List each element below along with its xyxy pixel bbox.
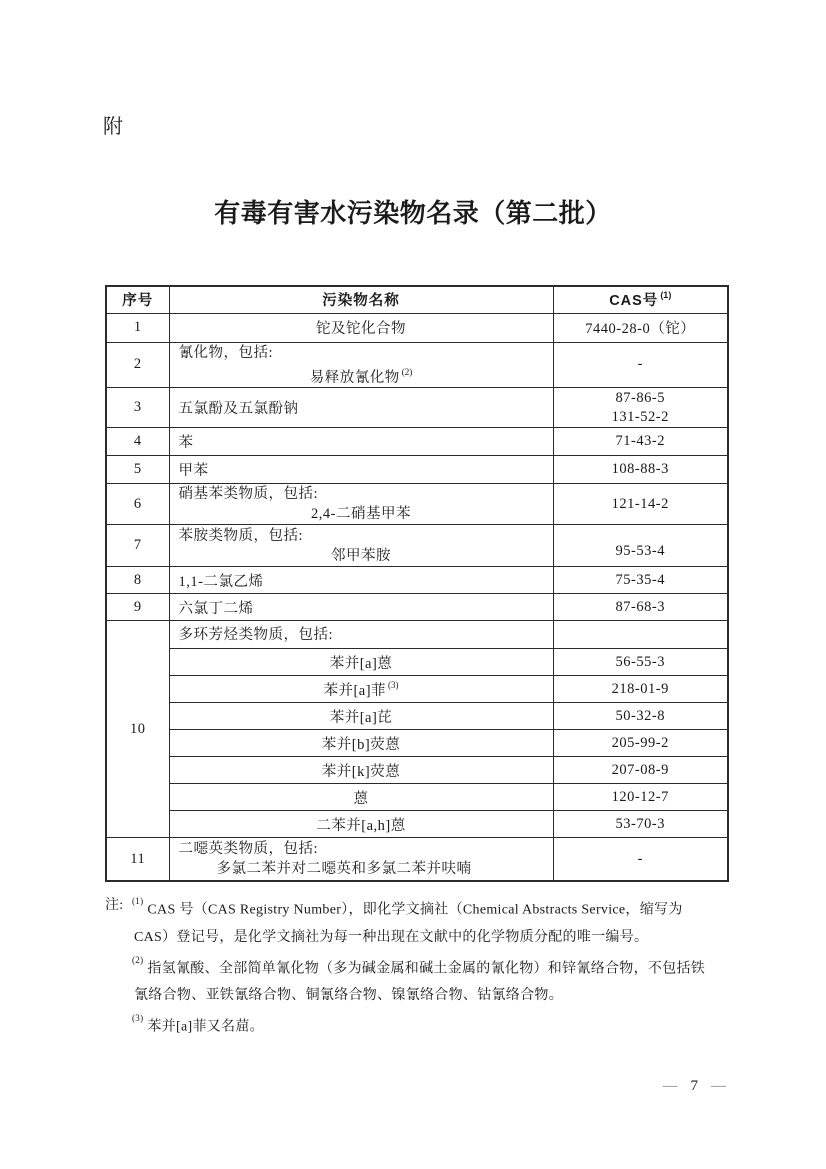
name-line-sub: 多氯二苯并对二噁英和多氯二苯并呋喃 <box>170 859 553 879</box>
cell-pollutant-name: 苯并[b]荧蒽 <box>169 730 553 757</box>
table-row: 5 甲苯 108-88-3 <box>106 456 728 484</box>
page-number-dash: — <box>711 1078 726 1094</box>
header-cell-no: 序号 <box>106 286 169 313</box>
cell-cas: 56-55-3 <box>553 649 728 676</box>
cell-cas: 205-99-2 <box>553 730 728 757</box>
table-subrow: 苯并[k]荧蒽 207-08-9 <box>106 757 728 784</box>
footnote-marker: (2) <box>132 955 143 965</box>
table-subrow: 苯并[a]蒽 56-55-3 <box>106 649 728 676</box>
cell-no: 7 <box>106 525 169 567</box>
cell-pollutant-name: 二苯并[a,h]蒽 <box>169 811 553 838</box>
cell-cas: 120-12-7 <box>553 784 728 811</box>
cell-pollutant-name: 五氯酚及五氯酚钠 <box>169 388 553 428</box>
name-sub-text: 易释放氰化物 <box>310 369 400 385</box>
cell-cas-empty <box>553 621 728 649</box>
name-line-sub: 2,4-二硝基甲苯 <box>170 504 553 524</box>
page-number: —7— <box>663 1078 727 1095</box>
cell-no: 3 <box>106 388 169 428</box>
cell-pollutant-name: 六氯丁二烯 <box>169 594 553 621</box>
footnote-line: (1)CAS 号（CAS Registry Number），即化学文摘社（Che… <box>134 892 765 924</box>
header-cas-superscript: (1) <box>660 290 671 300</box>
name-line-primary: 苯胺类物质，包括: <box>170 526 553 546</box>
cell-cas: 50-32-8 <box>553 703 728 730</box>
document-title: 有毒有害水污染物名录（第二批） <box>0 193 826 230</box>
table-row: 4 苯 71-43-2 <box>106 428 728 456</box>
cell-pollutant-name: 铊及铊化合物 <box>169 313 553 342</box>
cell-cas: 71-43-2 <box>553 428 728 456</box>
table-row: 11 二噁英类物质，包括: 多氯二苯并对二噁英和多氯二苯并呋喃 - <box>106 838 728 881</box>
cell-pollutant-name: 甲苯 <box>169 456 553 484</box>
cell-pollutant-name: 苯 <box>169 428 553 456</box>
cell-pollutant-name: 苯并[a]芘 <box>169 703 553 730</box>
name-superscript: (3) <box>388 680 399 690</box>
footnote-line: 氰络合物、亚铁氰络合物、铜氰络合物、镍氰络合物、钴氰络合物。 <box>134 982 765 1009</box>
footnote-line: (3)苯并[a]菲又名䓛。 <box>134 1009 765 1041</box>
table-header-row: 序号 污染物名称 CAS号(1) <box>106 286 728 313</box>
footnote-line: (2)指氢氰酸、全部简单氰化物（多为碱金属和碱土金属的氰化物）和锌氰络合物，不包… <box>134 951 765 983</box>
cell-no: 4 <box>106 428 169 456</box>
cell-cas: 121-14-2 <box>553 484 728 525</box>
name-line-sub: 易释放氰化物(2) <box>170 363 553 388</box>
cell-pollutant-name: 苯并[k]荧蒽 <box>169 757 553 784</box>
cell-cas: 207-08-9 <box>553 757 728 784</box>
cas-line: 87-86-5 <box>554 389 728 408</box>
table-subrow: 二苯并[a,h]蒽 53-70-3 <box>106 811 728 838</box>
header-cell-name: 污染物名称 <box>169 286 553 313</box>
cell-pollutant-name: 二噁英类物质，包括: 多氯二苯并对二噁英和多氯二苯并呋喃 <box>169 838 553 881</box>
cell-pollutant-name: 苯并[a]蒽 <box>169 649 553 676</box>
cell-no: 2 <box>106 342 169 388</box>
page-number-value: 7 <box>691 1078 699 1094</box>
cell-pollutant-name: 硝基苯类物质，包括: 2,4-二硝基甲苯 <box>169 484 553 525</box>
table-subrow: 苯并[b]荧蒽 205-99-2 <box>106 730 728 757</box>
table-subrow: 苯并[a]菲(3) 218-01-9 <box>106 676 728 703</box>
table-subrow: 蒽 120-12-7 <box>106 784 728 811</box>
cell-pollutant-name: 氰化物，包括: 易释放氰化物(2) <box>169 342 553 388</box>
table-subrow: 苯并[a]芘 50-32-8 <box>106 703 728 730</box>
cell-no: 5 <box>106 456 169 484</box>
name-line-primary: 硝基苯类物质，包括: <box>170 484 553 504</box>
table-row: 6 硝基苯类物质，包括: 2,4-二硝基甲苯 121-14-2 <box>106 484 728 525</box>
table-row: 1 铊及铊化合物 7440-28-0（铊） <box>106 313 728 342</box>
cell-cas: - <box>553 342 728 388</box>
footnote-marker: (3) <box>132 1013 143 1023</box>
pollutants-table: 序号 污染物名称 CAS号(1) 1 铊及铊化合物 7440-28-0（铊） 2… <box>105 285 729 882</box>
cell-cas: 87-86-5 131-52-2 <box>553 388 728 428</box>
name-text: 苯并[a]菲 <box>323 683 386 699</box>
cas-line: 131-52-2 <box>554 408 728 427</box>
cell-cas: - <box>553 838 728 881</box>
cell-pollutant-name: 1,1-二氯乙烯 <box>169 567 553 594</box>
cell-no: 6 <box>106 484 169 525</box>
name-superscript: (2) <box>402 367 413 377</box>
cell-no: 11 <box>106 838 169 881</box>
name-line-primary: 二噁英类物质，包括: <box>170 839 553 859</box>
cell-no: 8 <box>106 567 169 594</box>
header-cas-label: CAS号 <box>609 293 658 309</box>
attachment-label: 附 <box>103 110 123 139</box>
footnote-line: CAS）登记号，是化学文摘社为每一种出现在文献中的化学物质分配的唯一编号。 <box>134 924 765 951</box>
cell-pollutant-name: 多环芳烃类物质，包括: <box>169 621 553 649</box>
footnote-marker: (1) <box>132 896 143 906</box>
table-row: 9 六氯丁二烯 87-68-3 <box>106 594 728 621</box>
table-row: 7 苯胺类物质，包括: 邻甲苯胺 95-53-4 <box>106 525 728 567</box>
name-line-primary: 氰化物，包括: <box>170 343 553 363</box>
cell-cas: 218-01-9 <box>553 676 728 703</box>
cell-pollutant-name: 苯胺类物质，包括: 邻甲苯胺 <box>169 525 553 567</box>
footnote-text: 苯并[a]菲又名䓛。 <box>147 1020 264 1035</box>
header-cell-cas: CAS号(1) <box>553 286 728 313</box>
page-number-dash: — <box>663 1078 678 1094</box>
cell-cas: 95-53-4 <box>553 525 728 567</box>
cell-no: 10 <box>106 621 169 838</box>
name-line-sub: 邻甲苯胺 <box>170 546 553 566</box>
footnote-text: 指氢氰酸、全部简单氰化物（多为碱金属和碱土金属的氰化物）和锌氰络合物，不包括铁 <box>147 961 705 976</box>
cell-cas: 53-70-3 <box>553 811 728 838</box>
cell-pollutant-name: 蒽 <box>169 784 553 811</box>
table-row-group-start: 10 多环芳烃类物质，包括: <box>106 621 728 649</box>
table-row: 8 1,1-二氯乙烯 75-35-4 <box>106 567 728 594</box>
cell-cas: 87-68-3 <box>553 594 728 621</box>
group-header-line: 多环芳烃类物质，包括: <box>170 625 553 645</box>
footnote-prefix: 注: <box>105 892 124 919</box>
cell-cas: 108-88-3 <box>553 456 728 484</box>
table-row: 2 氰化物，包括: 易释放氰化物(2) - <box>106 342 728 388</box>
cell-pollutant-name: 苯并[a]菲(3) <box>169 676 553 703</box>
footnote-text: CAS 号（CAS Registry Number），即化学文摘社（Chemic… <box>147 903 682 918</box>
cell-cas: 7440-28-0（铊） <box>553 313 728 342</box>
footnotes: 注: (1)CAS 号（CAS Registry Number），即化学文摘社（… <box>105 892 765 1041</box>
cell-cas: 75-35-4 <box>553 567 728 594</box>
table-row: 3 五氯酚及五氯酚钠 87-86-5 131-52-2 <box>106 388 728 428</box>
cell-no: 1 <box>106 313 169 342</box>
footnote-body: (1)CAS 号（CAS Registry Number），即化学文摘社（Che… <box>134 892 765 1041</box>
cell-no: 9 <box>106 594 169 621</box>
document-page: 附 有毒有害水污染物名录（第二批） 序号 污染物名称 CAS号(1) 1 铊及铊… <box>0 0 826 1169</box>
